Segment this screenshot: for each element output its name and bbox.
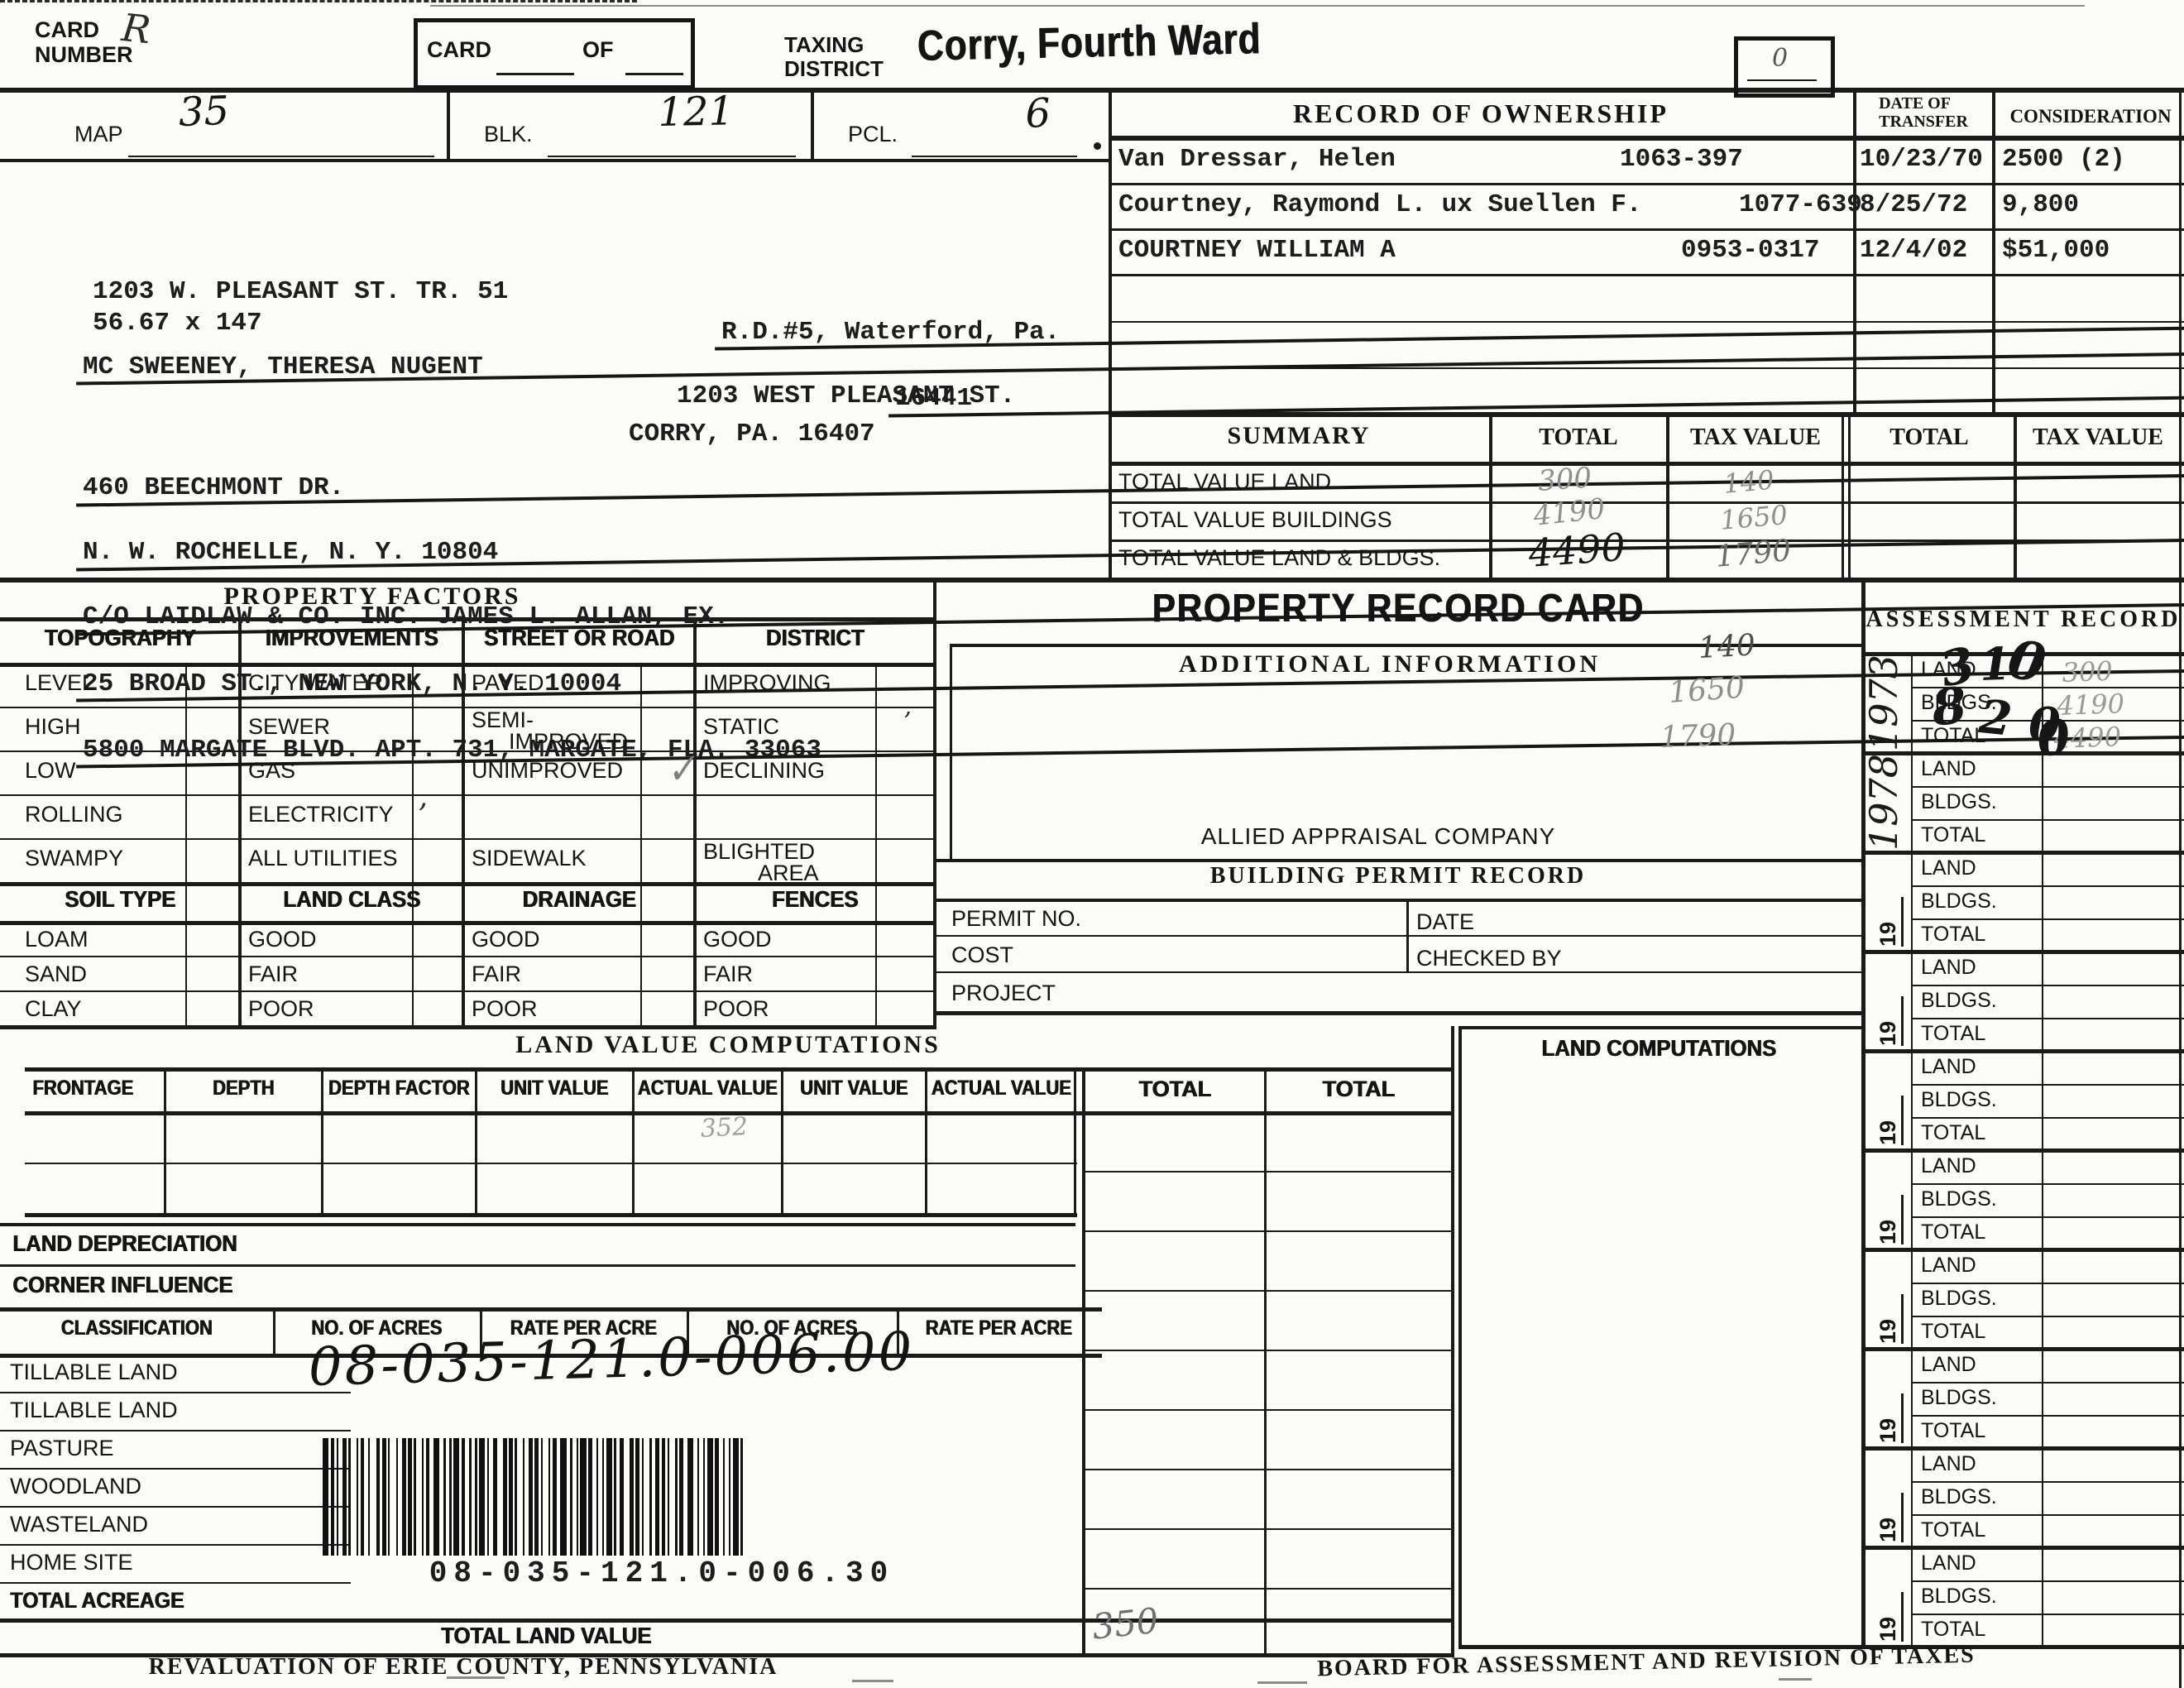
h-rule xyxy=(0,1506,351,1508)
barcode-bar xyxy=(479,1438,485,1556)
soil-cell: GOOD xyxy=(472,928,540,952)
map-label: MAP xyxy=(74,122,123,147)
barcode-bar xyxy=(580,1438,586,1556)
dashed-rule xyxy=(0,0,637,2)
assessment-row-label: LAND xyxy=(1921,857,1976,880)
factors-item: ROLLING xyxy=(25,804,123,826)
summary-row-label: TOTAL VALUE LAND xyxy=(1118,470,1331,495)
factors-item: STATIC xyxy=(703,717,779,738)
v-rule xyxy=(321,1067,323,1215)
permit-checked-label: CHECKED BY xyxy=(1416,947,1562,971)
lvc-total-header-1: TOTAL xyxy=(1138,1077,1211,1102)
factors-title: PROPERTY FACTORS xyxy=(224,583,521,610)
assessment-year-printed: 19 xyxy=(1876,897,1904,947)
h-rule xyxy=(935,899,1861,902)
owner-book-page: 0953-0317 xyxy=(1681,237,1819,265)
v-rule xyxy=(925,1067,927,1215)
assessment-row-label: BLDGS. xyxy=(1921,1585,1997,1609)
assessment-year-printed: 19 xyxy=(1876,1493,1904,1542)
owner-book-page: 1077-639 xyxy=(1739,191,1862,219)
assessment-row-label: LAND xyxy=(1921,1155,1976,1178)
v-rule xyxy=(1406,899,1409,973)
factors-item: ALL UTILITIES xyxy=(248,848,398,870)
classification-row-label: TILLABLE LAND xyxy=(10,1360,178,1385)
barcode-text: 08-035-121.0-006.30 xyxy=(429,1557,894,1590)
v-rule xyxy=(164,1067,166,1215)
barcode-bar xyxy=(606,1438,612,1556)
card-number-label: CARD NUMBER xyxy=(35,18,133,67)
h-rule xyxy=(912,156,1077,157)
assessment-row-label: BLDGS. xyxy=(1921,791,1997,814)
classification-row-label: HOME SITE xyxy=(10,1551,133,1575)
h-rule xyxy=(0,990,936,992)
taxing-district-label: TAXING DISTRICT xyxy=(784,33,884,80)
v-rule xyxy=(185,663,187,1025)
factors-item: BLIGHTED AREA xyxy=(703,842,819,884)
h-rule xyxy=(1913,1382,2184,1383)
classification-row-label: PASTURE xyxy=(10,1436,114,1461)
h-rule xyxy=(1861,1347,2184,1351)
struck-rd5: R.D.#5, Waterford, Pa. xyxy=(721,319,2184,347)
h-rule xyxy=(0,1392,351,1393)
h-rule xyxy=(1913,1514,2184,1516)
v-rule xyxy=(1074,1067,1076,1215)
h-rule xyxy=(1084,1588,1454,1590)
owner-name: Courtney, Raymond L. ux Suellen F. xyxy=(1118,191,1642,219)
v-rule xyxy=(1458,1026,1462,1648)
consideration-value: 2500 (2) xyxy=(2002,146,2125,174)
barcode-bar xyxy=(624,1438,630,1556)
h-rule xyxy=(128,156,434,157)
owner-book-page: 1063-397 xyxy=(1620,146,1743,174)
v-rule xyxy=(632,1067,635,1215)
summary-col-total-2: TOTAL xyxy=(1889,425,1968,451)
soil-header: LAND CLASS xyxy=(283,887,420,913)
ownership-col-date: DATE OF TRANSFER xyxy=(1879,94,1968,131)
factors-item: SIDEWALK xyxy=(472,848,587,870)
assessment-row-label: LAND xyxy=(1921,1254,1976,1278)
barcode-bar xyxy=(560,1438,566,1556)
classification-row-label: TILLABLE LAND xyxy=(10,1398,178,1423)
summary-col-tax-2: TAX VALUE xyxy=(2033,425,2163,451)
classification-col-header: CLASSIFICATION xyxy=(61,1317,213,1340)
assessment-row-label: BLDGS. xyxy=(1921,1387,1997,1410)
barcode-bar xyxy=(669,1438,675,1556)
assessment-year-printed: 19 xyxy=(1876,1592,1904,1642)
assessment-row-label: LAND xyxy=(1921,1552,1976,1575)
h-rule xyxy=(496,73,574,75)
owner-name: Van Dressar, Helen xyxy=(1118,146,1396,174)
h-rule xyxy=(1913,1018,2184,1019)
assessment-year-printed: 19 xyxy=(1876,996,1904,1046)
factors-item: ELECTRICITY xyxy=(248,804,394,826)
lvc-total-header-2: TOTAL xyxy=(1322,1077,1395,1102)
lvc-col-header: UNIT VALUE xyxy=(800,1077,908,1101)
v-rule xyxy=(412,663,414,1025)
v-rule xyxy=(1082,1067,1085,1655)
total-land-value-hand: 350 xyxy=(1090,1602,1161,1647)
assessment-row-label: TOTAL xyxy=(1921,824,1985,847)
h-rule xyxy=(0,159,1110,162)
additional-info-hand-value: 1790 xyxy=(1660,719,1736,755)
permit-project-label: PROJECT xyxy=(951,981,1056,1006)
h-rule xyxy=(1913,786,2184,788)
assessment-row-label: BLDGS. xyxy=(1921,890,1997,914)
h-rule xyxy=(935,935,1861,937)
assessment-row-label: LAND xyxy=(1921,957,1976,980)
h-rule xyxy=(430,5,2085,7)
footer-revaluation: REVALUATION OF ERIE COUNTY, PENNSYLVANIA xyxy=(149,1655,778,1681)
ownership-title: RECORD OF OWNERSHIP xyxy=(1293,99,1669,128)
h-rule xyxy=(1913,885,2184,887)
v-rule xyxy=(2042,652,2043,1645)
assessment-row-label: TOTAL xyxy=(1921,1420,1985,1443)
summary-tax-hand: 140 xyxy=(1722,466,1775,499)
lvc-col-header: UNIT VALUE xyxy=(500,1077,608,1101)
additional-info-hand-value: 140 xyxy=(1698,629,1756,664)
land-depreciation-label: LAND DEPRECIATION xyxy=(12,1231,237,1257)
h-rule xyxy=(1458,1026,1863,1029)
h-rule xyxy=(0,1264,1075,1267)
summary-row-label: TOTAL VALUE LAND & BLDGS. xyxy=(1118,546,1440,571)
h-rule xyxy=(1084,1171,1454,1172)
soil-cell: POOR xyxy=(472,997,538,1022)
h-rule xyxy=(1913,1183,2184,1185)
h-rule xyxy=(25,1163,1077,1164)
footer-board: BOARD FOR ASSESSMENT AND REVISION OF TAX… xyxy=(1317,1643,1976,1682)
lvc-col-header: ACTUAL VALUE xyxy=(637,1077,777,1101)
pcl-value: 6 xyxy=(1024,91,1051,136)
property-record-card-page: CARD NUMBERRCARDOFTAXING DISTRICTCorry, … xyxy=(0,0,2184,1688)
h-rule xyxy=(0,1618,1454,1623)
factors-item: CITY WATER xyxy=(248,673,383,694)
lvc-col-header: FRONTAGE xyxy=(32,1077,133,1101)
summary-tax-hand: 1790 xyxy=(1714,535,1793,573)
soil-cell: SAND xyxy=(25,962,87,987)
assessment-row-label: LAND xyxy=(1921,1056,1976,1079)
h-rule xyxy=(1913,918,2184,920)
soil-header: SOIL TYPE xyxy=(65,887,175,913)
factors-item: GAS xyxy=(248,760,295,782)
factors-item: SWAMPY xyxy=(25,848,123,870)
v-rule xyxy=(781,1067,783,1215)
address-line-1: 1203 W. PLEASANT ST. TR. 51 xyxy=(93,278,508,306)
h-rule xyxy=(625,73,683,75)
current-street: 1203 WEST PLEASANT ST. xyxy=(677,382,1015,410)
h-rule xyxy=(1084,1409,1454,1411)
permit-no-label: PERMIT NO. xyxy=(951,907,1081,932)
h-rule xyxy=(1861,950,2184,954)
h-rule xyxy=(1109,462,2184,466)
h-rule xyxy=(1861,1149,2184,1153)
v-rule xyxy=(475,1067,477,1215)
v-rule xyxy=(447,89,450,162)
barcode-bar xyxy=(517,1438,523,1556)
assessment-year-printed: 19 xyxy=(1876,1195,1904,1244)
factors-item: SEWER xyxy=(248,717,330,738)
barcode-bar xyxy=(497,1438,503,1556)
blk-value: 121 xyxy=(658,89,735,134)
h-rule xyxy=(1257,1681,1307,1684)
h-rule xyxy=(1913,1580,2184,1582)
factors-item: PAVED xyxy=(472,673,544,694)
assessment-row-label: TOTAL xyxy=(1921,1321,1985,1344)
barcode-bar xyxy=(740,1438,742,1556)
v-rule xyxy=(875,663,877,1025)
assessment-scribble: 0 xyxy=(2033,710,2074,767)
h-rule xyxy=(1913,1216,2184,1218)
h-rule xyxy=(1084,1469,1454,1470)
permit-cost-label: COST xyxy=(951,943,1013,968)
h-rule xyxy=(0,1544,351,1546)
additional-info-title: ADDITIONAL INFORMATION xyxy=(1179,650,1601,678)
h-rule xyxy=(1109,228,2184,231)
h-rule xyxy=(1779,1678,1812,1681)
land-computations-title: LAND COMPUTATIONS xyxy=(1541,1036,1776,1062)
summary-total-hand: 300 xyxy=(1537,463,1592,497)
h-rule xyxy=(1913,1117,2184,1119)
soil-cell: LOAM xyxy=(25,928,89,952)
assessment-row-label: BLDGS. xyxy=(1921,990,1997,1013)
barcode-bar xyxy=(733,1438,739,1556)
appraiser-name: ALLIED APPRAISAL COMPANY xyxy=(1201,824,1556,850)
soil-cell: FAIR xyxy=(472,962,521,987)
struck-owner-name: MC SWEENEY, THERESA NUGENT xyxy=(83,353,2184,381)
card-number-handwritten-mark: R xyxy=(120,7,153,51)
lvc-faint-actual: 352 xyxy=(700,1113,749,1143)
assessment-row-label: BLDGS. xyxy=(1921,1486,1997,1509)
address-line-2: 56.67 x 147 xyxy=(93,309,262,338)
summary-total-hand: 4490 xyxy=(1527,526,1626,575)
factors-item: IMPROVING xyxy=(703,673,831,694)
h-rule xyxy=(0,921,936,925)
h-rule xyxy=(1913,1481,2184,1483)
card-of-label: CARD xyxy=(427,38,491,63)
summary-title: SUMMARY xyxy=(1228,422,1371,449)
factors-item: LEVEL xyxy=(25,673,94,694)
prc-title: PROPERTY RECORD CARD xyxy=(1152,587,1644,631)
consideration-value: 9,800 xyxy=(2002,191,2079,219)
h-rule xyxy=(1861,851,2184,855)
factors-item: LOW xyxy=(25,760,76,782)
h-rule xyxy=(25,1067,1453,1072)
soil-cell: GOOD xyxy=(248,928,317,952)
soil-cell: CLAY xyxy=(25,997,82,1022)
h-rule xyxy=(1913,1415,2184,1417)
barcode-bar xyxy=(351,1438,357,1556)
barcode-bar xyxy=(707,1438,713,1556)
lvc-col-header: ACTUAL VALUE xyxy=(931,1077,1070,1101)
h-rule xyxy=(935,859,1861,862)
v-rule xyxy=(273,1307,275,1355)
owner-name: COURTNEY WILLIAM A xyxy=(1118,237,1396,265)
h-rule xyxy=(1913,985,2184,986)
ownership-col-consideration: CONSIDERATION xyxy=(2009,106,2171,127)
assessment-row-label: BLDGS. xyxy=(1921,1089,1997,1112)
h-rule xyxy=(935,971,1861,973)
v-rule xyxy=(640,663,642,1025)
h-rule xyxy=(0,1307,1102,1312)
parcel-id-handwritten: 08-035-121.0-006.00 xyxy=(308,1323,915,1398)
barcode-bar xyxy=(323,1438,328,1556)
h-rule xyxy=(25,1213,1077,1217)
h-rule xyxy=(1084,1528,1454,1530)
permit-date-label: DATE xyxy=(1416,910,1474,935)
barcode-bar xyxy=(453,1438,459,1556)
corner-box-mark: 0 xyxy=(1772,45,1788,72)
summary-col-total-1: TOTAL xyxy=(1539,425,1617,451)
lvc-col-header: DEPTH xyxy=(213,1077,275,1101)
factors-col-header: IMPROVEMENTS xyxy=(266,626,438,651)
transfer-date: 8/25/72 xyxy=(1860,191,1967,219)
barcode-bar xyxy=(390,1438,395,1556)
checkmark: ’ xyxy=(903,708,912,736)
map-value: 35 xyxy=(178,89,230,135)
h-rule xyxy=(0,663,936,667)
barcode-bar xyxy=(433,1438,439,1556)
soil-cell: POOR xyxy=(703,997,769,1022)
lvc-col-header: DEPTH FACTOR xyxy=(328,1077,470,1101)
assessment-year-printed: 19 xyxy=(1876,1096,1904,1145)
assessment-row-label: BLDGS. xyxy=(1921,1188,1997,1211)
h-rule xyxy=(1109,183,2184,185)
assessment-row-label: TOTAL xyxy=(1921,1023,1985,1046)
barcode-bar xyxy=(687,1438,693,1556)
h-rule xyxy=(0,1582,351,1584)
h-rule xyxy=(1861,1546,2184,1550)
h-rule xyxy=(0,956,936,957)
assessment-row-label: LAND xyxy=(1921,1354,1976,1377)
h-rule xyxy=(1084,1350,1454,1351)
soil-header: DRAINAGE xyxy=(522,887,635,913)
card-of-of: OF xyxy=(582,38,614,63)
soil-cell: FAIR xyxy=(248,962,298,987)
h-rule xyxy=(1861,1248,2184,1252)
h-rule xyxy=(0,1025,936,1029)
assessment-year-hand: 1978 xyxy=(1863,754,1905,851)
soil-header: FENCES xyxy=(772,887,858,913)
corner-influence-label: CORNER INFLUENCE xyxy=(12,1273,232,1298)
assessment-row-label: BLDGS. xyxy=(1921,1288,1997,1311)
v-rule xyxy=(811,89,814,162)
h-rule xyxy=(1913,819,2184,821)
current-city: CORRY, PA. 16407 xyxy=(629,420,875,448)
h-rule xyxy=(1084,1230,1454,1232)
factors-col-header: STREET OR ROAD xyxy=(484,626,674,651)
h-rule xyxy=(1913,1614,2184,1615)
struck-zip: 16441 xyxy=(895,385,2184,413)
pcl-dot xyxy=(1094,142,1101,150)
assessment-row-label: TOTAL xyxy=(1921,1221,1985,1244)
barcode-bar xyxy=(543,1438,548,1556)
h-rule xyxy=(1109,274,2184,276)
transfer-date: 10/23/70 xyxy=(1860,146,1983,174)
total-land-value-label: TOTAL LAND VALUE xyxy=(441,1623,651,1649)
v-rule xyxy=(1264,1067,1267,1655)
blk-label: BLK. xyxy=(484,122,533,147)
soil-cell: FAIR xyxy=(703,962,753,987)
v-rule xyxy=(1451,1026,1454,1655)
v-rule xyxy=(933,578,936,1029)
assessment-faint-value: 300 xyxy=(2062,657,2113,688)
assessment-year-printed: 19 xyxy=(1876,1393,1904,1443)
factors-item: UNIMPROVED xyxy=(472,760,623,782)
assessment-scribble: 8 xyxy=(1929,679,1969,736)
additional-info-hand-value: 1650 xyxy=(1668,672,1746,710)
classification-row-label: TOTAL ACREAGE xyxy=(10,1589,184,1614)
classification-row-label: WOODLAND xyxy=(10,1475,141,1499)
assessment-row-label: LAND xyxy=(1921,1453,1976,1476)
h-rule xyxy=(1913,1084,2184,1086)
factors-item: DECLINING xyxy=(703,760,825,782)
assessment-row-label: TOTAL xyxy=(1921,1519,1985,1542)
classification-col-header: RATE PER ACRE xyxy=(925,1317,1071,1340)
h-rule xyxy=(0,88,2184,93)
barcode-bar xyxy=(370,1438,376,1556)
assessment-year-printed: 19 xyxy=(1876,1294,1904,1344)
assessment-row-label: LAND xyxy=(1921,758,1976,781)
h-rule xyxy=(1747,79,1817,81)
h-rule xyxy=(1861,1446,2184,1451)
assessment-row-label: TOTAL xyxy=(1921,1618,1985,1642)
transfer-date: 12/4/02 xyxy=(1860,237,1967,265)
summary-row-label: TOTAL VALUE BUILDINGS xyxy=(1118,508,1392,533)
h-rule xyxy=(548,156,796,157)
h-rule xyxy=(1913,1283,2184,1284)
summary-col-tax-1: TAX VALUE xyxy=(1690,425,1821,451)
summary-tax-hand: 1650 xyxy=(1719,501,1789,535)
h-rule xyxy=(1109,136,2184,141)
h-rule xyxy=(0,1430,351,1431)
assessment-row-label: TOTAL xyxy=(1921,1122,1985,1145)
soil-cell: POOR xyxy=(248,997,314,1022)
barcode-bar xyxy=(416,1438,422,1556)
barcode-bar xyxy=(644,1438,649,1556)
classification-row-label: WASTELAND xyxy=(10,1513,148,1537)
assessment-scribble: 2 xyxy=(1977,692,2014,746)
assessment-row-label: TOTAL xyxy=(1921,923,1985,947)
pcl-label: PCL. xyxy=(848,122,898,147)
factors-col-header: DISTRICT xyxy=(766,626,864,651)
h-rule xyxy=(935,1011,1861,1015)
factors-item: HIGH xyxy=(25,717,81,738)
permit-title: BUILDING PERMIT RECORD xyxy=(1210,864,1586,890)
soil-cell: GOOD xyxy=(703,928,772,952)
h-rule xyxy=(0,707,936,708)
h-rule xyxy=(0,794,936,796)
assessment-year-hand: 1973 xyxy=(1863,655,1905,751)
h-rule xyxy=(0,1223,1075,1226)
barcode xyxy=(323,1438,1008,1556)
v-rule xyxy=(1911,652,1913,1645)
h-rule xyxy=(1084,1290,1454,1292)
h-rule xyxy=(852,1680,893,1682)
checkmark: ’ xyxy=(418,799,427,832)
h-rule xyxy=(1913,1316,2184,1317)
h-rule xyxy=(1861,1049,2184,1053)
h-rule xyxy=(0,1468,351,1470)
taxing-district-value: Corry, Fourth Ward xyxy=(917,16,1262,70)
lvc-title: LAND VALUE COMPUTATIONS xyxy=(515,1031,941,1058)
consideration-value: $51,000 xyxy=(2002,237,2110,265)
factors-col-header: TOPOGRAPHY xyxy=(45,626,196,651)
factors-item: SEMI- IMPROVED xyxy=(472,710,628,752)
